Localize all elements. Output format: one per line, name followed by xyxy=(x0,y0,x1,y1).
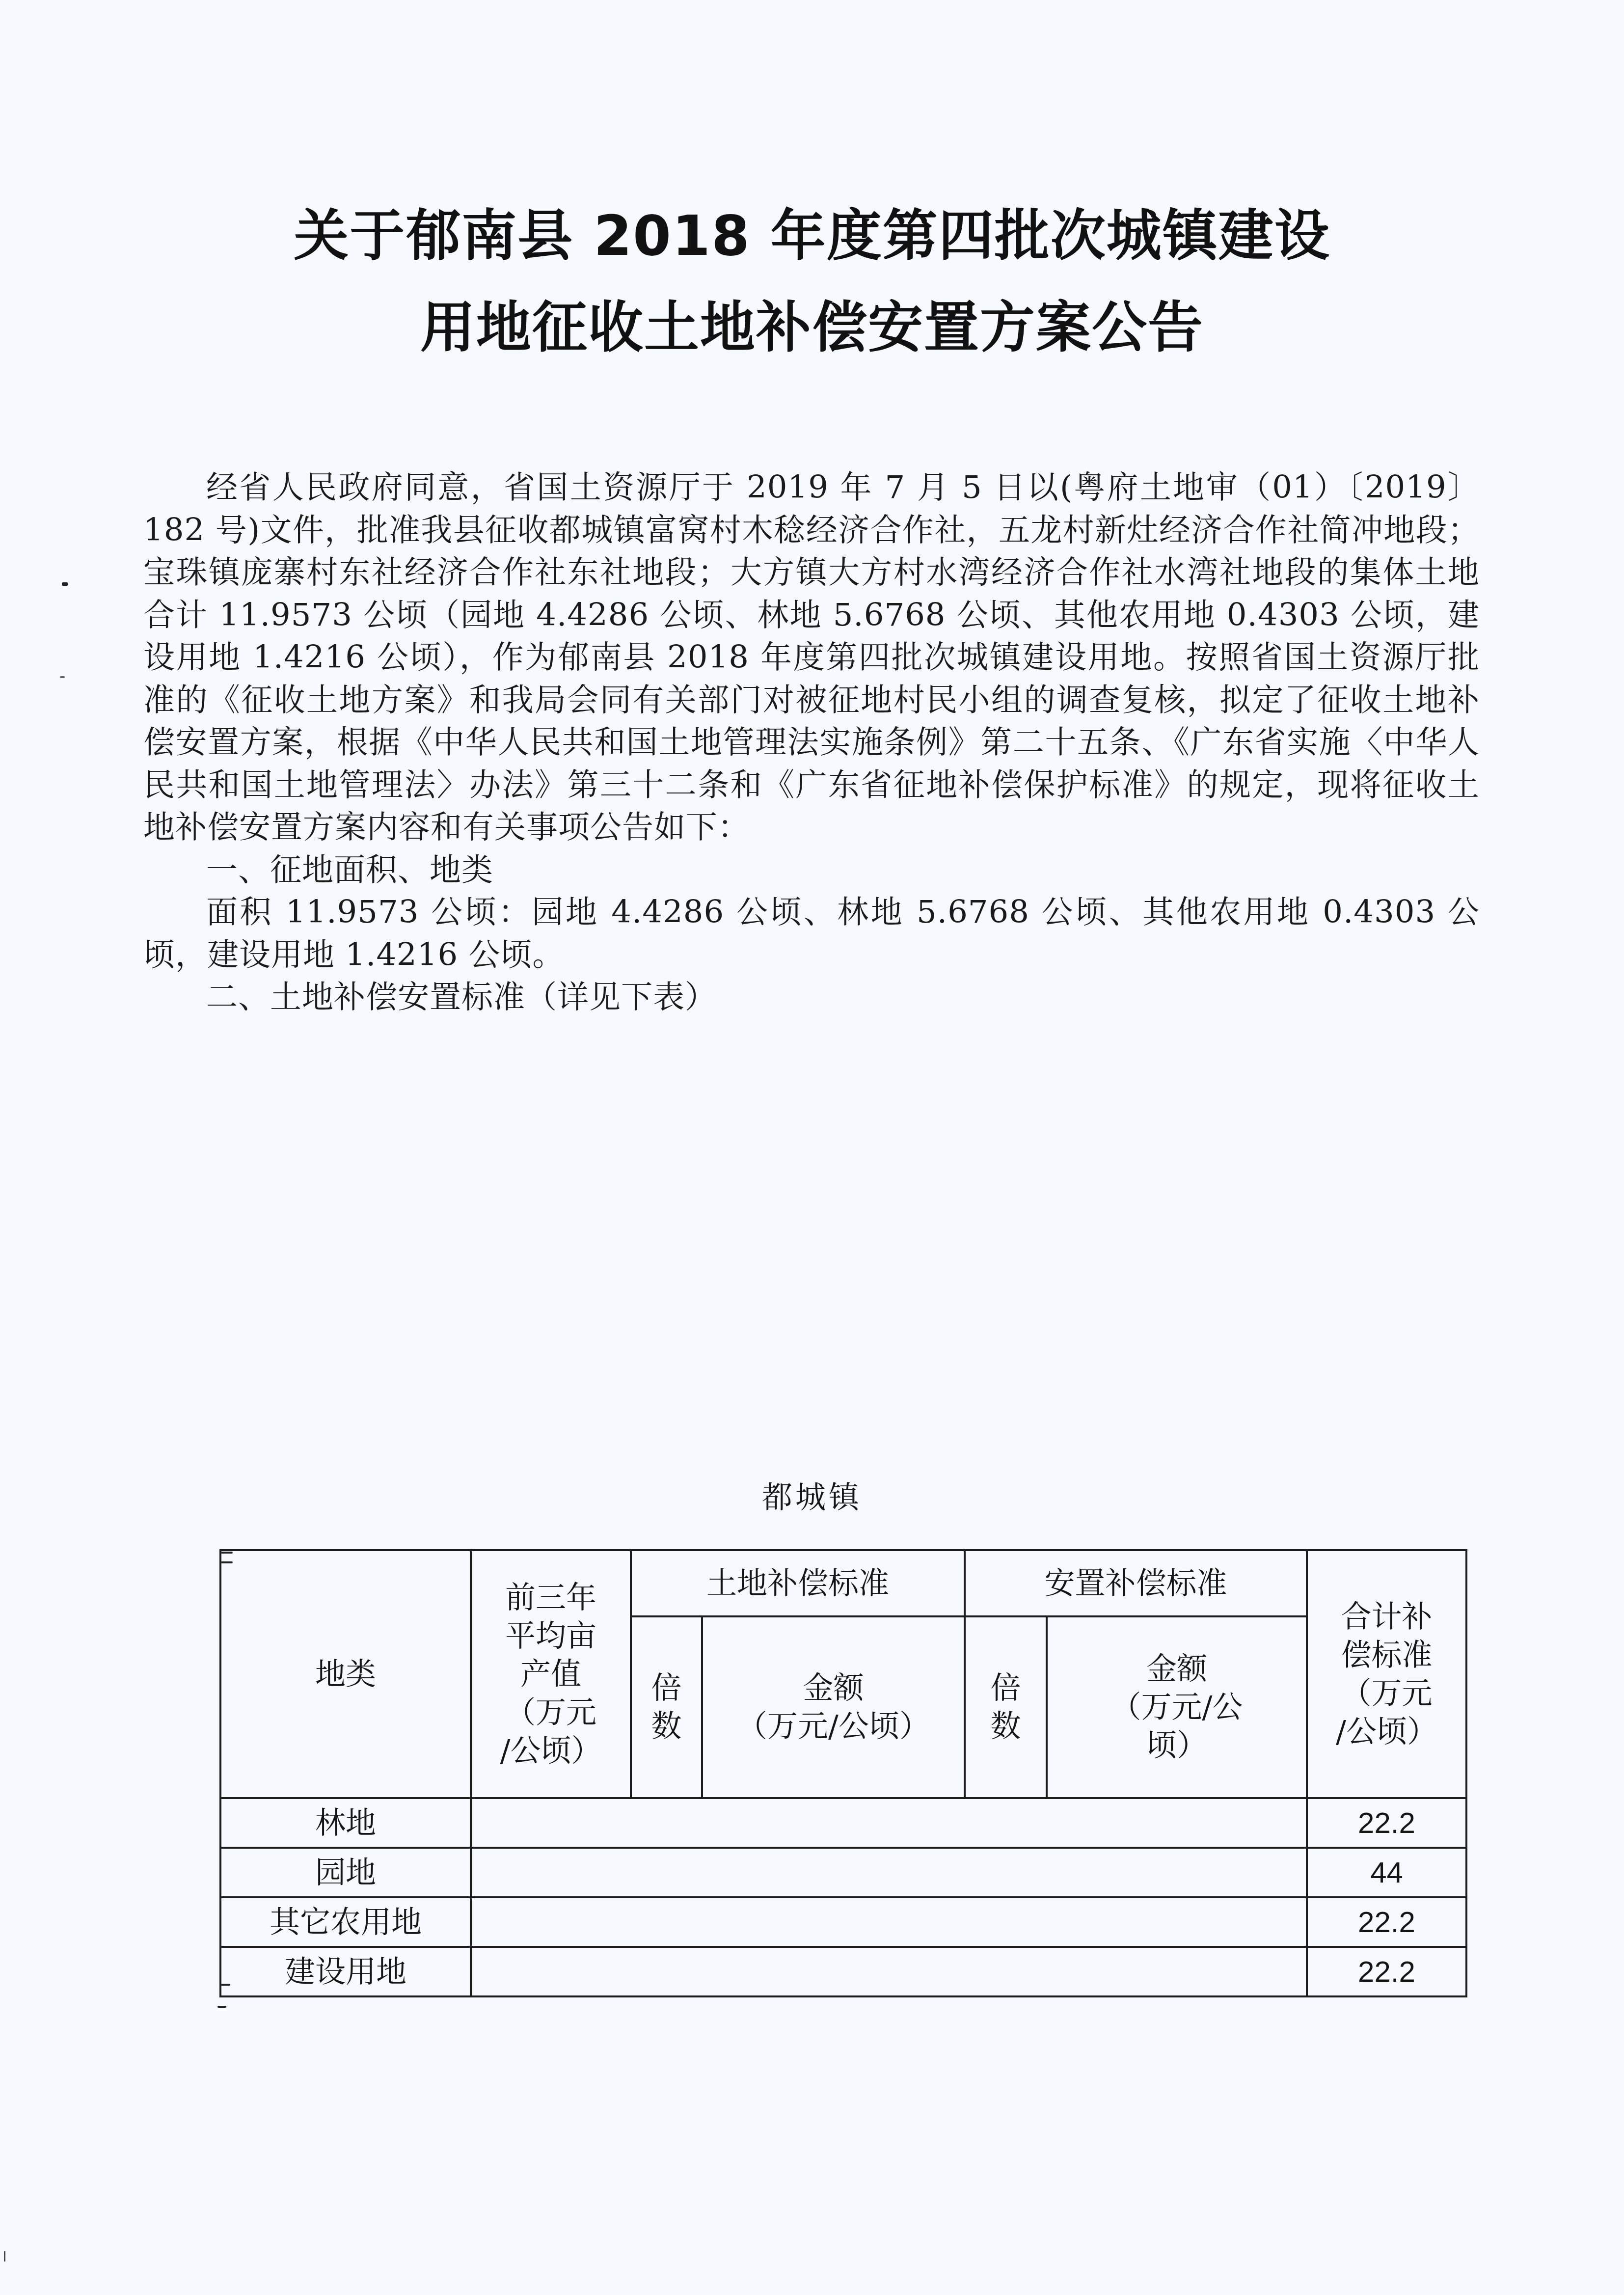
cell-land-type: 其它农用地 xyxy=(220,1897,471,1947)
cell-land-type: 林地 xyxy=(220,1798,471,1848)
cell-total: 44 xyxy=(1307,1848,1466,1897)
cell-land-type: 园地 xyxy=(220,1848,471,1897)
table-row: 建设用地 22.2 xyxy=(220,1947,1466,1996)
header-amount-unit: （万元/公 xyxy=(1048,1688,1306,1726)
header-resettle-amount: 金额 （万元/公 顷） xyxy=(1047,1616,1307,1798)
scan-artifact-mark xyxy=(221,1552,233,1554)
cell-empty xyxy=(471,1848,1307,1897)
cell-land-type: 建设用地 xyxy=(220,1947,471,1996)
scan-artifact-mark xyxy=(60,676,65,678)
header-multiple-line: 倍 xyxy=(966,1669,1046,1707)
header-land-multiple: 倍 数 xyxy=(631,1616,702,1798)
header-avg-output-line: 平均亩 xyxy=(472,1617,630,1655)
cell-total: 22.2 xyxy=(1307,1897,1466,1947)
header-amount-label: 金额 xyxy=(703,1669,964,1707)
table-caption: 都城镇 xyxy=(0,1480,1624,1515)
cell-total: 22.2 xyxy=(1307,1947,1466,1996)
cell-total: 22.2 xyxy=(1307,1798,1466,1848)
compensation-table: 地类 前三年 平均亩 产值 （万元 /公顷） 土地补偿标准 安置补偿标准 合计补… xyxy=(219,1549,1467,1997)
header-avg-output-line: 前三年 xyxy=(472,1579,630,1617)
header-amount-unit: 顷） xyxy=(1048,1726,1306,1765)
scan-artifact-mark xyxy=(4,2251,5,2262)
header-multiple-line: 数 xyxy=(632,1707,701,1746)
land-area-paragraph: 面积 11.9573 公顷：园地 4.4286 公顷、林地 5.6768 公顷、… xyxy=(143,891,1480,976)
header-total-line: （万元 xyxy=(1308,1674,1465,1713)
scan-artifact-mark xyxy=(219,1984,230,1986)
cell-empty xyxy=(471,1947,1307,1996)
header-resettle-multiple: 倍 数 xyxy=(965,1616,1047,1798)
header-multiple-line: 倍 xyxy=(632,1669,701,1707)
document-title-line-1: 关于郁南县 2018 年度第四批次城镇建设 xyxy=(0,209,1624,264)
header-land-amount: 金额 （万元/公顷） xyxy=(702,1616,965,1798)
header-land-type: 地类 xyxy=(220,1550,471,1798)
header-avg-output-line: 产值 xyxy=(472,1655,630,1694)
scan-artifact-mark xyxy=(62,582,68,586)
header-total: 合计补 偿标准 （万元 /公顷） xyxy=(1307,1550,1466,1798)
intro-paragraph: 经省人民政府同意，省国土资源厅于 2019 年 7 月 5 日以(粤府土地审（0… xyxy=(143,466,1480,849)
section-heading-land-area: 一、征地面积、地类 xyxy=(143,849,1480,892)
scan-artifact-mark xyxy=(217,2006,226,2008)
header-amount-label: 金额 xyxy=(1048,1650,1306,1688)
header-land-compensation: 土地补偿标准 xyxy=(631,1550,965,1616)
cell-empty xyxy=(471,1897,1307,1947)
header-amount-unit: （万元/公顷） xyxy=(703,1707,964,1746)
document-title-line-2: 用地征收土地补偿安置方案公告 xyxy=(0,301,1624,355)
header-resettlement-compensation: 安置补偿标准 xyxy=(965,1550,1307,1616)
document-body: 经省人民政府同意，省国土资源厅于 2019 年 7 月 5 日以(粤府土地审（0… xyxy=(143,466,1480,1019)
table-row: 林地 22.2 xyxy=(220,1798,1466,1848)
header-total-line: 偿标准 xyxy=(1308,1636,1465,1674)
cell-empty xyxy=(471,1798,1307,1848)
header-avg-output-line: （万元 xyxy=(472,1694,630,1732)
table-row: 其它农用地 22.2 xyxy=(220,1897,1466,1947)
section-heading-compensation: 二、土地补偿安置标准（详见下表） xyxy=(143,976,1480,1019)
header-avg-output: 前三年 平均亩 产值 （万元 /公顷） xyxy=(471,1550,631,1798)
header-multiple-line: 数 xyxy=(966,1707,1046,1746)
scan-artifact-mark xyxy=(221,1561,233,1563)
table-row: 园地 44 xyxy=(220,1848,1466,1897)
header-total-line: /公顷） xyxy=(1308,1713,1465,1751)
header-avg-output-line: /公顷） xyxy=(472,1732,630,1770)
header-total-line: 合计补 xyxy=(1308,1598,1465,1636)
